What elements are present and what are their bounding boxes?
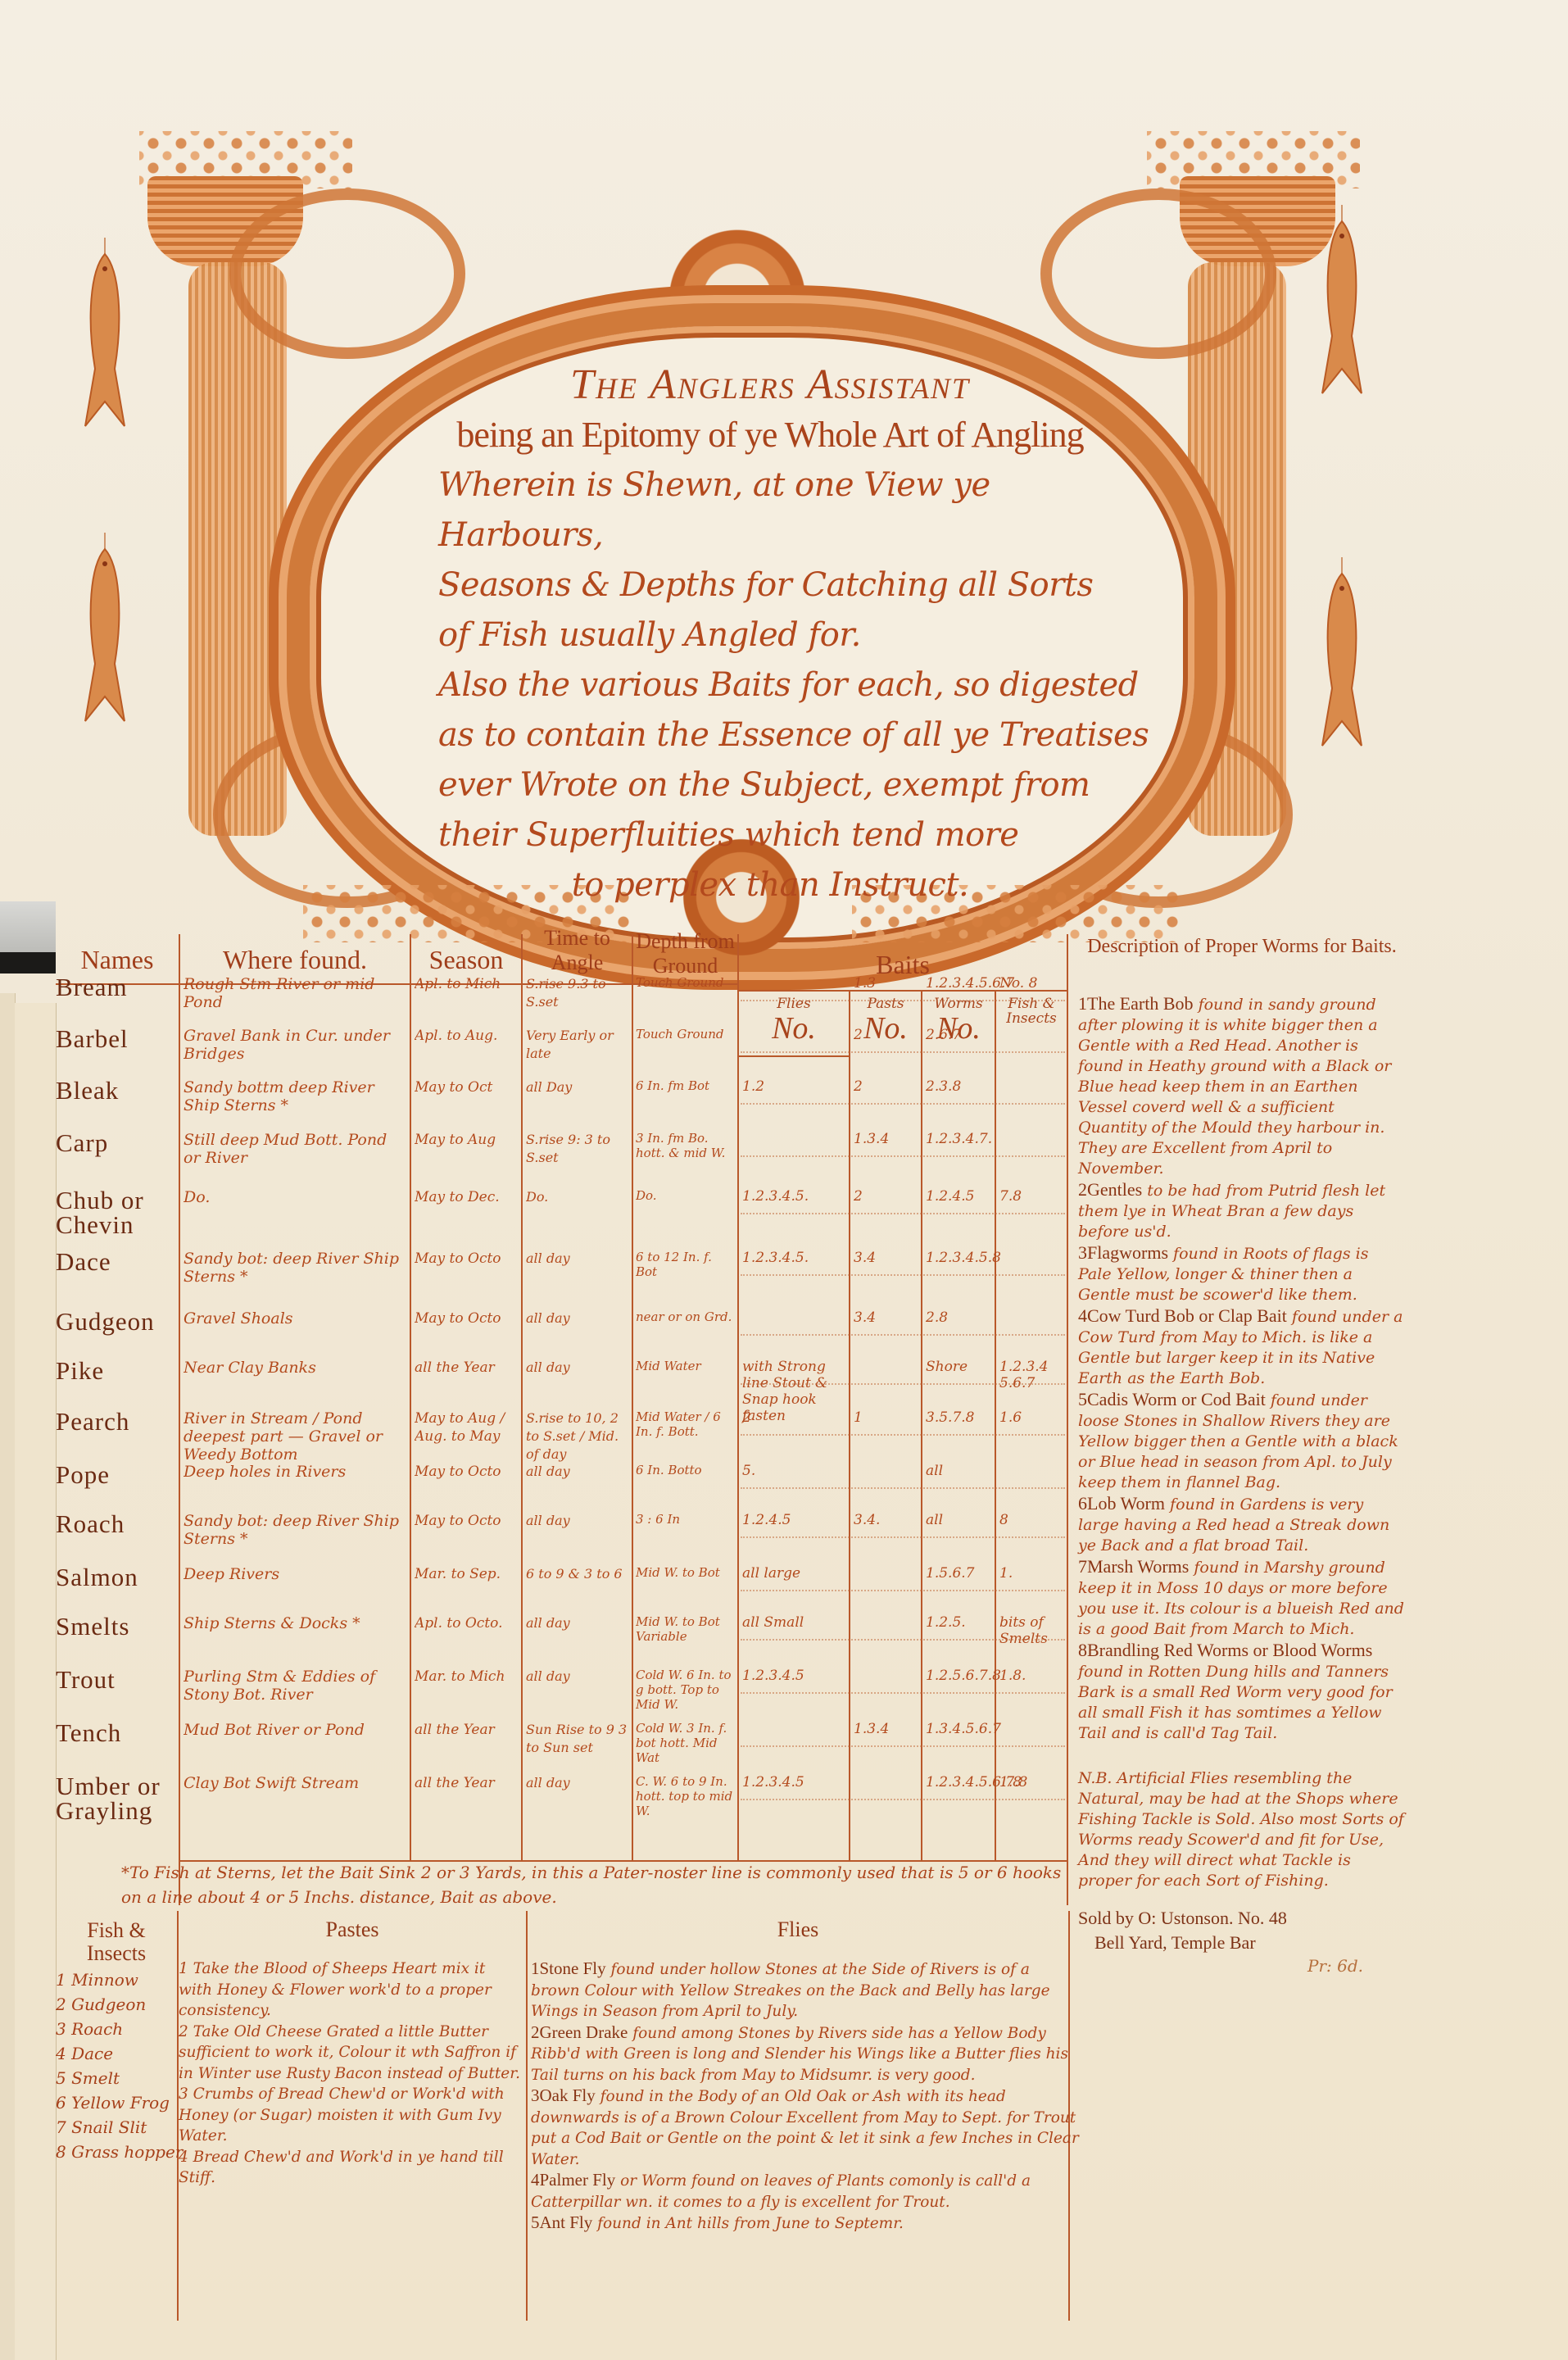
fish-name: Tench bbox=[56, 1721, 179, 1745]
paste-recipe: 2 Take Old Cheese Grated a little Butter… bbox=[179, 2022, 523, 2085]
baits-worms-cell: 1.3.4.5.6.7 bbox=[926, 1721, 1001, 1737]
dotted-guide bbox=[741, 1487, 1065, 1489]
depth-cell: Touch Ground bbox=[636, 1027, 736, 1042]
depth-cell: Mid Water bbox=[636, 1359, 736, 1373]
baits-fish-cell: 8 bbox=[999, 1512, 1065, 1528]
dotted-guide bbox=[741, 1799, 1065, 1800]
fish-name: Pike bbox=[56, 1359, 179, 1383]
time-cell: all Day bbox=[526, 1078, 631, 1096]
document-subtitle: being an Epitomy of ye Whole Art of Angl… bbox=[381, 410, 1159, 461]
header-time-to-angle: Time to Angle bbox=[523, 926, 632, 975]
worm-name: Brandling Red Worms or Blood Worms bbox=[1087, 1640, 1372, 1660]
nota-bene: N.B. Artificial Flies resembling the Nat… bbox=[1078, 1768, 1406, 1891]
time-cell: all day bbox=[526, 1359, 631, 1377]
fish-table: Names Where found. Season Time to Angle … bbox=[56, 934, 1088, 1905]
dotted-guide bbox=[741, 1103, 1065, 1105]
dotted-guide bbox=[741, 1000, 1065, 1001]
fish-name: Barbel bbox=[56, 1027, 179, 1051]
fly-name: Palmer Fly bbox=[540, 2170, 616, 2190]
fish-name: Bleak bbox=[56, 1078, 179, 1103]
season-cell: Mar. to Mich bbox=[415, 1668, 519, 1686]
baits-flies-cell: all large bbox=[742, 1565, 847, 1582]
item-number: 4 bbox=[1078, 1305, 1087, 1326]
column-divider bbox=[737, 934, 739, 1860]
baits-worms-cell: 1.2.3.4.5.8 bbox=[926, 1250, 1001, 1266]
fish-insect-item: 8 Grass hopper bbox=[56, 2142, 170, 2162]
paste-recipe: 1 Take the Blood of Sheeps Heart mix it … bbox=[179, 1958, 523, 2022]
hanging-fish-icon bbox=[82, 238, 128, 442]
fly-number: 5 bbox=[531, 2212, 540, 2232]
depth-cell: Mid W. to Bot Variable bbox=[636, 1614, 736, 1644]
title-line: as to contain the Essence of all ye Trea… bbox=[381, 710, 1159, 760]
depth-cell: Touch Ground bbox=[636, 975, 736, 990]
heading-flies: Flies bbox=[528, 1917, 1068, 1942]
price-label: Pr: 6d. bbox=[1078, 1955, 1406, 1976]
item-number: 1 bbox=[1078, 993, 1087, 1014]
worm-text: found in sandy ground after plowing it i… bbox=[1078, 996, 1391, 1178]
depth-cell: 6 In. fm Bot bbox=[636, 1078, 736, 1093]
fish-name: Chub or Chevin bbox=[56, 1188, 179, 1237]
fly-text: found under hollow Stones at the Side of… bbox=[531, 1961, 1050, 2020]
time-cell: all day bbox=[526, 1512, 631, 1530]
where-found-cell: Still deep Mud Bott. Pond or River bbox=[184, 1131, 408, 1167]
baits-pasts-cell: 2 bbox=[854, 1188, 863, 1205]
depth-cell: 6 to 12 In. f. Bot bbox=[636, 1250, 736, 1279]
baits-fish-cell: 1.2.3.4 5.6.7 bbox=[999, 1359, 1065, 1391]
hanging-fish-icon bbox=[1319, 557, 1365, 762]
title-line: ever Wrote on the Subject, exempt from bbox=[381, 760, 1159, 810]
fish-name: Bream bbox=[56, 975, 179, 1000]
season-cell: all the Year bbox=[415, 1774, 519, 1792]
baits-fish-cell: 1.8. bbox=[999, 1668, 1065, 1684]
baits-pasts-cell: 1.3.4 bbox=[854, 1131, 889, 1147]
time-cell: all day bbox=[526, 1668, 631, 1686]
page-fold-inner bbox=[15, 1003, 57, 2360]
baits-worms-cell: 1.2.3.4.7. bbox=[926, 1131, 992, 1147]
season-cell: Mar. to Sep. bbox=[415, 1565, 519, 1583]
depth-cell: C. W. 6 to 9 In. hott. top to mid W. bbox=[636, 1774, 736, 1818]
baits-worms-cell: 1.2.4.5 bbox=[926, 1188, 974, 1205]
where-found-cell: Sandy bottm deep River Ship Sterns * bbox=[184, 1078, 408, 1114]
worm-description-item: 7Marsh Worms found in Marshy ground keep… bbox=[1078, 1556, 1406, 1640]
fish-name: Carp bbox=[56, 1131, 179, 1155]
worm-description-panel: Description of Proper Worms for Baits. 1… bbox=[1078, 934, 1406, 959]
fly-name: Ant Fly bbox=[540, 2212, 593, 2232]
worm-description-item: 2Gentles to be had from Putrid flesh let… bbox=[1078, 1179, 1406, 1242]
where-found-cell: Gravel Bank in Cur. under Bridges bbox=[184, 1027, 408, 1063]
dotted-guide bbox=[741, 1213, 1065, 1214]
worm-description-item: 5Cadis Worm or Cod Bait found under loos… bbox=[1078, 1389, 1406, 1493]
time-cell: S.rise to 10, 2 to S.set / Mid. of day bbox=[526, 1409, 631, 1464]
description-heading: Description of Proper Worms for Baits. bbox=[1078, 934, 1406, 959]
dotted-guide bbox=[741, 1639, 1065, 1641]
pastes-list: 1 Take the Blood of Sheeps Heart mix it … bbox=[179, 1958, 523, 2189]
column-divider bbox=[526, 1911, 528, 2321]
baits-fish-cell: 1.6 bbox=[999, 1409, 1065, 1426]
fly-text: found in the Body of an Old Oak or Ash w… bbox=[531, 2088, 1079, 2168]
fly-number: 1 bbox=[531, 1958, 540, 1978]
fish-name: Pope bbox=[56, 1463, 179, 1487]
worm-name: Gentles bbox=[1087, 1179, 1142, 1200]
worm-name: Cow Turd Bob or Clap Bait bbox=[1087, 1305, 1287, 1326]
header-baits: Baits bbox=[739, 952, 1067, 977]
dotted-guide bbox=[741, 1334, 1065, 1336]
background-edge bbox=[0, 901, 56, 952]
flies-rule bbox=[737, 1055, 849, 1057]
where-found-cell: Deep Rivers bbox=[184, 1565, 408, 1583]
fly-number: 4 bbox=[531, 2170, 540, 2190]
fly-description: 2Green Drake found among Stones by River… bbox=[531, 2022, 1080, 2086]
flies-list: 1Stone Fly found under hollow Stones at … bbox=[531, 1958, 1080, 2235]
time-cell: Do. bbox=[526, 1188, 631, 1206]
fly-number: 3 bbox=[531, 2085, 540, 2105]
item-number: 3 bbox=[1078, 1242, 1087, 1263]
worm-name: Flagworms bbox=[1087, 1242, 1168, 1263]
baits-worms-cell: 2.3.8 bbox=[926, 1078, 961, 1095]
hanging-fish-icon bbox=[1319, 205, 1365, 410]
depth-cell: 3 : 6 In bbox=[636, 1512, 736, 1527]
worm-description-item: 6Lob Worm found in Gardens is very large… bbox=[1078, 1493, 1406, 1556]
baits-fish-cell: 1.8 bbox=[999, 1774, 1065, 1790]
depth-cell: near or on Grd. bbox=[636, 1309, 736, 1324]
header-season: Season bbox=[411, 947, 521, 972]
season-cell: all the Year bbox=[415, 1359, 519, 1377]
baits-flies-cell: 1.2.3.4.5 bbox=[742, 1774, 847, 1790]
baits-worms-cell: all bbox=[926, 1463, 943, 1479]
title-line: of Fish usually Angled for. bbox=[381, 610, 1159, 660]
fish-name: Gudgeon bbox=[56, 1309, 179, 1334]
season-cell: May to Octo bbox=[415, 1512, 519, 1530]
worm-text: found in Rotten Dung hills and Tanners B… bbox=[1078, 1663, 1393, 1742]
fish-insect-item: 7 Snail Slit bbox=[56, 2117, 170, 2137]
where-found-cell: Sandy bot: deep River Ship Sterns * bbox=[184, 1512, 408, 1548]
fish-name: Salmon bbox=[56, 1565, 179, 1590]
baits-pasts-cell: 1.3.4 bbox=[854, 1721, 889, 1737]
scroll-ornament bbox=[1040, 188, 1276, 359]
time-cell: all day bbox=[526, 1309, 631, 1327]
dotted-guide bbox=[741, 1536, 1065, 1538]
worm-name: Marsh Worms bbox=[1087, 1556, 1189, 1577]
ornamental-cartouche: The Anglers Assistant being an Epitomy o… bbox=[90, 98, 1384, 934]
time-cell: S.rise 9: 3 to S.set bbox=[526, 1131, 631, 1167]
title-block: The Anglers Assistant being an Epitomy o… bbox=[381, 361, 1159, 910]
baits-worms-cell: 2.6.7 bbox=[926, 1027, 961, 1043]
column-divider bbox=[410, 934, 411, 1860]
worm-description-item: 4Cow Turd Bob or Clap Bait found under a… bbox=[1078, 1305, 1406, 1389]
season-cell: Apl. to Mich bbox=[415, 975, 519, 993]
depth-cell: Cold W. 6 In. to g bott. Top to Mid W. bbox=[636, 1668, 736, 1712]
title-line: their Superfluities which tend more bbox=[381, 810, 1159, 860]
fish-insect-item: 3 Roach bbox=[56, 2019, 170, 2039]
where-found-cell: Gravel Shoals bbox=[184, 1309, 408, 1327]
depth-cell: Cold W. 3 In. f. bot hott. Mid Wat bbox=[636, 1721, 736, 1765]
fly-name: Stone Fly bbox=[540, 1958, 606, 1978]
season-cell: May to Octo bbox=[415, 1463, 519, 1481]
where-found-cell: River in Stream / Pond deepest part — Gr… bbox=[184, 1409, 408, 1464]
baits-pasts-cell: 3.4 bbox=[854, 1250, 876, 1266]
time-cell: Very Early or late bbox=[526, 1027, 631, 1063]
worm-name: The Earth Bob bbox=[1087, 993, 1194, 1014]
dotted-guide bbox=[741, 1434, 1065, 1436]
dotted-guide bbox=[741, 1590, 1065, 1591]
season-cell: all the Year bbox=[415, 1721, 519, 1739]
worm-description-item: 1The Earth Bob found in sandy ground aft… bbox=[1078, 993, 1406, 1179]
where-found-cell: Do. bbox=[184, 1188, 408, 1206]
baits-pasts-cell: 2 bbox=[854, 1027, 863, 1043]
time-cell: Sun Rise to 9 3 to Sun set bbox=[526, 1721, 631, 1757]
depth-cell: Mid Water / 6 In. f. Bott. bbox=[636, 1409, 736, 1439]
column-divider bbox=[632, 934, 633, 1860]
baits-flies-cell: 1.2.3.4.5. bbox=[742, 1188, 847, 1205]
header-names: Names bbox=[56, 947, 179, 972]
description-body: 1The Earth Bob found in sandy ground aft… bbox=[1078, 993, 1406, 1976]
fish-name: Smelts bbox=[56, 1614, 179, 1639]
fish-name: Umber or Grayling bbox=[56, 1774, 179, 1823]
fish-insects-list: 1 Minnow2 Gudgeon3 Roach4 Dace5 Smelt6 Y… bbox=[56, 1970, 170, 2167]
column-divider bbox=[1067, 934, 1068, 1905]
baits-worms-cell: 3.5.7.8 bbox=[926, 1409, 974, 1426]
time-cell: all day bbox=[526, 1774, 631, 1792]
baits-flies-cell: 2 bbox=[742, 1409, 847, 1426]
page-fold bbox=[0, 993, 16, 2360]
baits-fish-cell: 1. bbox=[999, 1565, 1065, 1582]
baits-pasts-cell: 2 bbox=[854, 1078, 863, 1095]
fly-name: Green Drake bbox=[540, 2022, 628, 2042]
heading-pastes: Pastes bbox=[179, 1917, 526, 1942]
fly-number: 2 bbox=[531, 2022, 540, 2042]
heading-fish-insects: Fish & Insects bbox=[56, 1919, 177, 1965]
scroll-ornament bbox=[229, 188, 465, 359]
baits-worms-cell: 1.5.6.7 bbox=[926, 1565, 974, 1582]
column-divider bbox=[921, 992, 922, 1860]
dotted-guide bbox=[741, 1745, 1065, 1747]
worm-description-item: 3Flagworms found in Roots of flags is Pa… bbox=[1078, 1242, 1406, 1305]
title-line: Also the various Baits for each, so dige… bbox=[381, 660, 1159, 710]
time-cell: all day bbox=[526, 1250, 631, 1268]
column-divider bbox=[179, 934, 180, 1905]
depth-cell: Mid W. to Bot bbox=[636, 1565, 736, 1580]
fly-description: 4Palmer Fly or Worm found on leaves of P… bbox=[531, 2170, 1080, 2212]
item-number: 6 bbox=[1078, 1493, 1087, 1514]
item-number: 2 bbox=[1078, 1179, 1087, 1200]
fly-description: 1Stone Fly found under hollow Stones at … bbox=[531, 1958, 1080, 2022]
paste-recipe: 4 Bread Chew'd and Work'd in ye hand til… bbox=[179, 2147, 523, 2189]
where-found-cell: Sandy bot: deep River Ship Sterns * bbox=[184, 1250, 408, 1286]
title-line: Seasons & Depths for Catching all Sorts bbox=[381, 560, 1159, 610]
worm-description-item: 8Brandling Red Worms or Blood Worms foun… bbox=[1078, 1640, 1406, 1744]
document-page: The Anglers Assistant being an Epitomy o… bbox=[0, 0, 1568, 2360]
baits-pasts-cell: 1 bbox=[854, 1409, 863, 1426]
time-cell: all day bbox=[526, 1614, 631, 1632]
baits-fish-cell: bits of Smelts bbox=[999, 1614, 1065, 1647]
fish-name: Pearch bbox=[56, 1409, 179, 1434]
background-edge-dark bbox=[0, 952, 56, 973]
fish-insect-item: 6 Yellow Frog bbox=[56, 2093, 170, 2113]
where-found-cell: Deep holes in Rivers bbox=[184, 1463, 408, 1481]
item-number: 5 bbox=[1078, 1389, 1087, 1409]
document-title: The Anglers Assistant bbox=[381, 361, 1159, 410]
dotted-guide bbox=[741, 1051, 1065, 1053]
item-number: 8 bbox=[1078, 1640, 1087, 1660]
baits-fish-cell: 7.8 bbox=[999, 1188, 1065, 1205]
where-found-cell: Near Clay Banks bbox=[184, 1359, 408, 1377]
season-cell: May to Dec. bbox=[415, 1188, 519, 1206]
subheader-flies: FliesNo. bbox=[739, 996, 849, 1046]
season-cell: Apl. to Aug. bbox=[415, 1027, 519, 1045]
season-cell: May to Aug / Aug. to May bbox=[415, 1409, 519, 1445]
dotted-guide bbox=[741, 1274, 1065, 1276]
fly-name: Oak Fly bbox=[540, 2085, 596, 2105]
fly-text: found in Ant hills from June to Septemr. bbox=[597, 2215, 904, 2232]
footnote-paternoster: *To Fish at Sterns, let the Bait Sink 2 … bbox=[121, 1860, 1080, 1909]
fish-insect-item: 4 Dace bbox=[56, 2044, 170, 2063]
baits-flies-cell: 5. bbox=[742, 1463, 847, 1479]
baits-flies-cell: 1.2 bbox=[742, 1078, 847, 1095]
fish-name: Trout bbox=[56, 1668, 179, 1692]
item-number: 7 bbox=[1078, 1556, 1087, 1577]
season-cell: Apl. to Octo. bbox=[415, 1614, 519, 1632]
worm-name: Lob Worm bbox=[1087, 1493, 1165, 1514]
time-cell: all day bbox=[526, 1463, 631, 1481]
fish-insect-item: 5 Smelt bbox=[56, 2068, 170, 2088]
where-found-cell: Purling Stm & Eddies of Stony Bot. River bbox=[184, 1668, 408, 1704]
seller-address: Bell Yard, Temple Bar bbox=[1078, 1931, 1406, 1955]
baits-worms-cell: all bbox=[926, 1512, 943, 1528]
fish-name: Roach bbox=[56, 1512, 179, 1536]
baits-fish-cell: No. 8 bbox=[999, 975, 1065, 992]
title-line: Wherein is Shewn, at one View ye Harbour… bbox=[381, 461, 1159, 560]
worm-name: Cadis Worm or Cod Bait bbox=[1087, 1389, 1266, 1409]
baits-pasts-cell: 3.4 bbox=[854, 1309, 876, 1326]
where-found-cell: Ship Sterns & Docks * bbox=[184, 1614, 408, 1632]
bottom-section: Fish & Insects Pastes Flies 1 Minnow2 Gu… bbox=[56, 1911, 1088, 2360]
baits-worms-cell: 1.2.5.6.7.8 bbox=[926, 1668, 1001, 1684]
fish-insect-item: 1 Minnow bbox=[56, 1970, 170, 1990]
fish-name: Dace bbox=[56, 1250, 179, 1274]
where-found-cell: Clay Bot Swift Stream bbox=[184, 1774, 408, 1792]
fly-description: 3Oak Fly found in the Body of an Old Oak… bbox=[531, 2085, 1080, 2170]
baits-flies-cell: all Small bbox=[742, 1614, 847, 1631]
baits-worms-cell: 1.2.5. bbox=[926, 1614, 966, 1631]
fish-insect-item: 2 Gudgeon bbox=[56, 1995, 170, 2014]
paste-recipe: 3 Crumbs of Bread Chew'd or Work'd with … bbox=[179, 2084, 523, 2147]
time-cell: S.rise 9.3 to S.set bbox=[526, 975, 631, 1011]
seller-imprint: Sold by O: Ustonson. No. 48 bbox=[1078, 1906, 1406, 1931]
baits-flies-cell: 1.2.3.4.5. bbox=[742, 1250, 847, 1266]
dotted-guide bbox=[741, 1692, 1065, 1694]
season-cell: May to Octo bbox=[415, 1309, 519, 1327]
hanging-fish-icon bbox=[82, 533, 128, 737]
column-divider bbox=[849, 992, 850, 1860]
where-found-cell: Mud Bot River or Pond bbox=[184, 1721, 408, 1739]
title-line: to perplex than Instruct. bbox=[381, 860, 1159, 910]
dotted-guide bbox=[741, 1155, 1065, 1157]
baits-pasts-cell: 1.3 bbox=[854, 975, 876, 992]
column-divider bbox=[521, 934, 523, 1860]
time-cell: 6 to 9 & 3 to 6 bbox=[526, 1565, 631, 1583]
dotted-guide bbox=[741, 1383, 1065, 1385]
header-depth: Depth from Ground bbox=[633, 929, 737, 978]
baits-flies-cell: 1.2.3.4.5 bbox=[742, 1668, 847, 1684]
fly-description: 5Ant Fly found in Ant hills from June to… bbox=[531, 2212, 1080, 2235]
depth-cell: 3 In. fm Bo. hott. & mid W. bbox=[636, 1131, 736, 1160]
baits-worms-cell: 2.8 bbox=[926, 1309, 948, 1326]
depth-cell: 6 In. Botto bbox=[636, 1463, 736, 1477]
season-cell: May to Aug bbox=[415, 1131, 519, 1149]
baits-worms-cell: Shore bbox=[926, 1359, 968, 1375]
where-found-cell: Rough Stm River or mid Pond bbox=[184, 975, 408, 1011]
header-where-found: Where found. bbox=[180, 947, 410, 972]
season-cell: May to Oct bbox=[415, 1078, 519, 1096]
season-cell: May to Octo bbox=[415, 1250, 519, 1268]
baits-pasts-cell: 3.4. bbox=[854, 1512, 880, 1528]
depth-cell: Do. bbox=[636, 1188, 736, 1203]
baits-flies-cell: 1.2.4.5 bbox=[742, 1512, 847, 1528]
